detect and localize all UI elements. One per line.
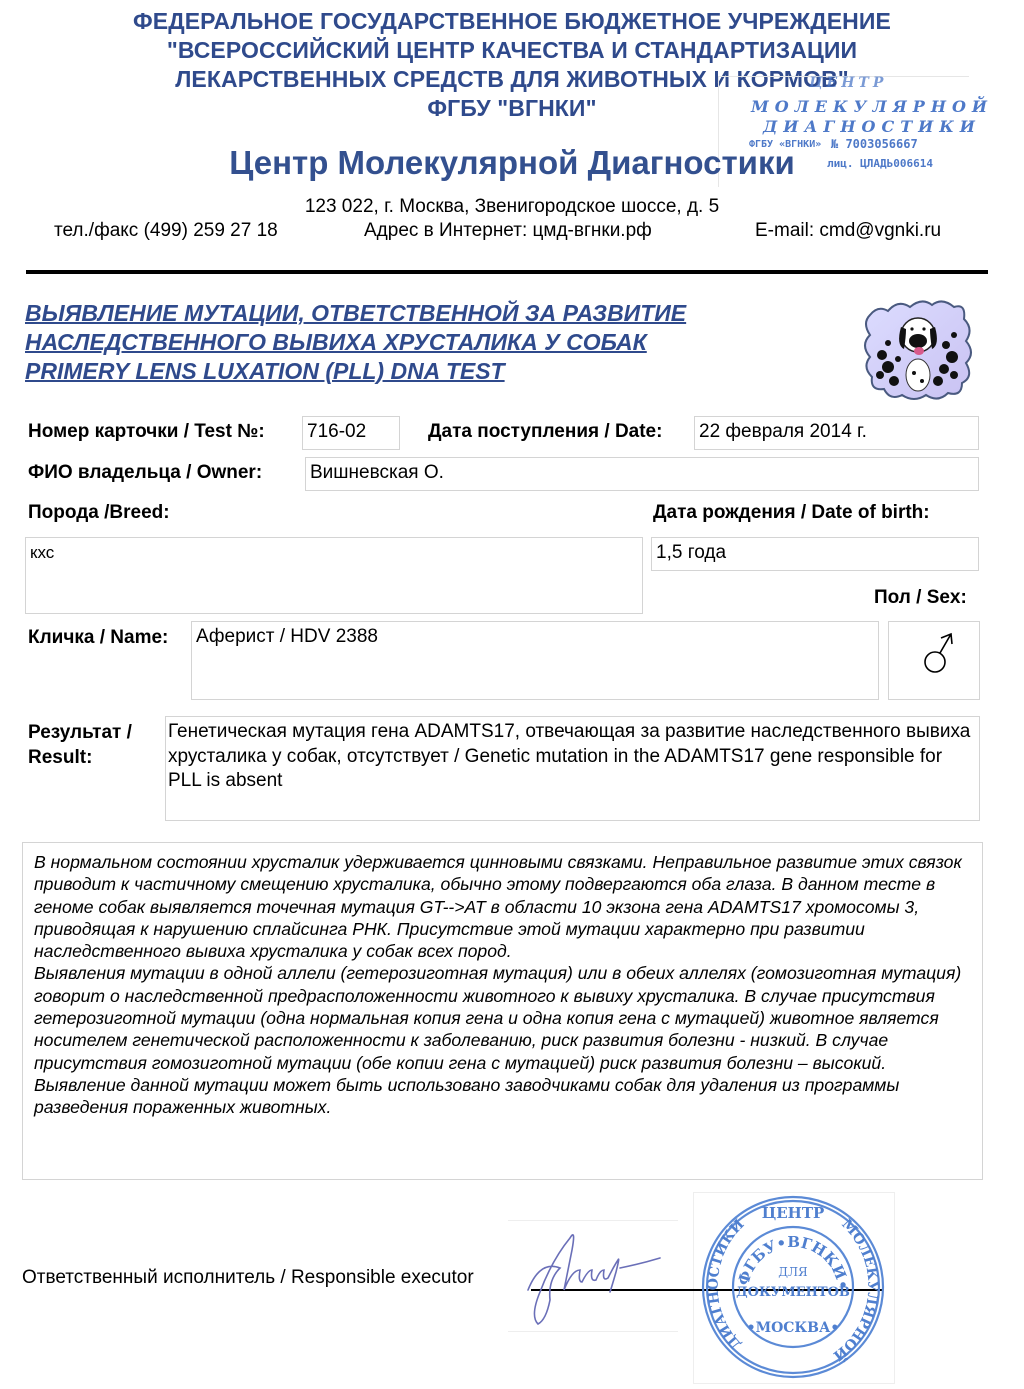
result-label-line-2: Result:: [28, 747, 92, 769]
breed-label: Порода /Breed:: [28, 502, 170, 524]
header-divider: [26, 270, 988, 274]
executor-label: Ответственный исполнитель / Responsible …: [22, 1267, 474, 1289]
email-link[interactable]: E-mail: cmd@vgnki.ru: [755, 220, 941, 242]
stamp-text: ЦЕНТР: [809, 75, 887, 91]
stamp-text: ДИАГНОСТИКИ: [763, 117, 981, 136]
seal-text: ДЛЯ: [778, 1265, 808, 1279]
seal-text: ФГБУ•ВГНКИ•: [734, 1233, 852, 1291]
center-title: Центр Молекулярной Диагностики: [0, 144, 1024, 182]
test-no-field: 716-02: [302, 416, 400, 450]
stamp-text: МОЛЕКУЛЯРНОЙ: [751, 97, 993, 116]
breed-field: кхс: [25, 537, 643, 614]
test-no-label: Номер карточки / Test №:: [28, 421, 265, 443]
name-field: Аферист / HDV 2388: [191, 621, 879, 700]
dalmatian-logo-icon: [858, 293, 978, 405]
svg-text:ФГБУ•ВГНКИ•: ФГБУ•ВГНКИ•: [734, 1233, 852, 1291]
dob-field: 1,5 года: [651, 537, 979, 571]
name-label: Кличка / Name:: [28, 627, 168, 649]
website-link[interactable]: Адрес в Интернет: цмд-вгнки.рф: [364, 220, 652, 242]
result-field: Генетическая мутация гена ADAMTS17, отве…: [165, 716, 980, 821]
owner-field: Вишневская О.: [305, 457, 979, 491]
test-title-line-3: PRIMERY LENS LUXATION (PLL) DNA TEST: [25, 357, 505, 386]
dob-label: Дата рождения / Date of birth:: [653, 502, 930, 524]
test-description: В нормальном состоянии хрусталик удержив…: [22, 842, 983, 1180]
sex-field: ♂: [888, 621, 980, 700]
signature-icon: [520, 1220, 680, 1330]
male-symbol-icon: [889, 622, 981, 701]
description-paragraph: Выявление данной мутации может быть испо…: [34, 1074, 971, 1119]
seal-text: •МОСКВА•: [747, 1320, 840, 1336]
seal-text: ЦЕНТР: [762, 1204, 825, 1222]
seal-text: ДОКУМЕНТОВ: [736, 1285, 850, 1300]
round-seal-icon: ЦЕНТР ДИАГНОСТИКИ МОЛЕКУЛЯРНОЙ ФГБУ•ВГНК…: [693, 1192, 893, 1382]
date-field: 22 февраля 2014 г.: [694, 416, 979, 450]
address: 123 022, г. Москва, Звенигородское шоссе…: [0, 196, 1024, 218]
description-paragraph: Выявления мутации в одной аллели (гетеро…: [34, 962, 971, 1073]
test-title-line-2: НАСЛЕДСТВЕННОГО ВЫВИХА ХРУСТАЛИКА У СОБА…: [25, 328, 647, 357]
org-name-line-1: ФЕДЕРАЛЬНОЕ ГОСУДАРСТВЕННОЕ БЮДЖЕТНОЕ УЧ…: [0, 7, 1024, 35]
test-title-line-1: ВЫЯВЛЕНИЕ МУТАЦИИ, ОТВЕТСТВЕННОЙ ЗА РАЗВ…: [25, 299, 686, 328]
phone: тел./факс (499) 259 27 18: [54, 220, 278, 242]
date-label: Дата поступления / Date:: [428, 421, 662, 443]
owner-label: ФИО владельца / Owner:: [28, 462, 262, 484]
sex-label: Пол / Sex:: [874, 587, 967, 609]
org-name-line-2: "ВСЕРОССИЙСКИЙ ЦЕНТР КАЧЕСТВА И СТАНДАРТ…: [0, 36, 1024, 64]
description-paragraph: В нормальном состоянии хрусталик удержив…: [34, 851, 971, 962]
result-label-line-1: Результат /: [28, 722, 132, 744]
